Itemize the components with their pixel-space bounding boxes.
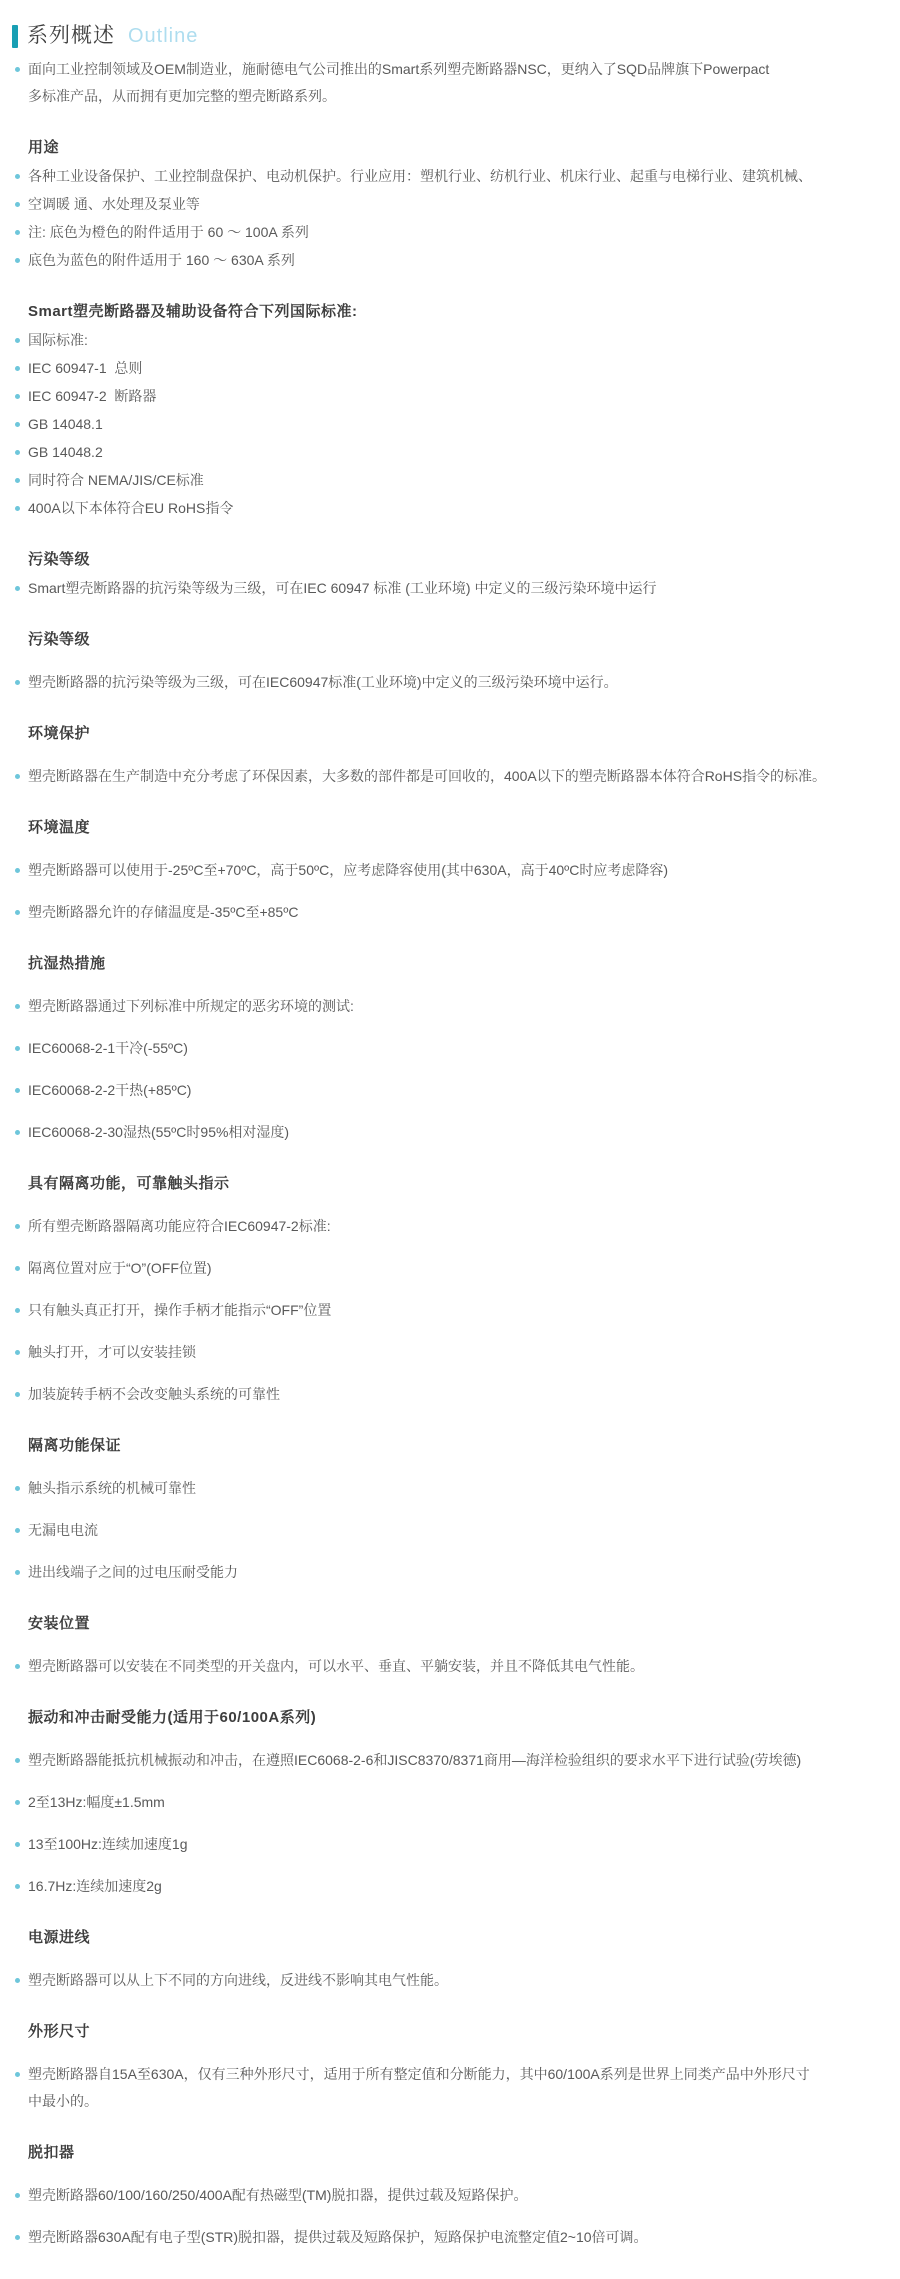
list-item: 塑壳断路器能抵抗机械振动和冲击，在遵照IEC6068-2-6和JISC8370/…	[12, 1750, 876, 1771]
list-item: 塑壳断路器允许的存储温度是-35ºC至+85ºC	[12, 902, 876, 923]
list-item: 注: 底色为橙色的附件适用于 60 ～ 100A 系列	[12, 222, 876, 243]
list-item: IEC 60947-1 总则	[12, 358, 876, 379]
outline-page: 系列概述 Outline 面向工业控制领域及OEM制造业，施耐德电气公司推出的S…	[0, 0, 900, 2248]
list-item: Smart塑壳断路器的抗污染等级为三级，可在IEC 60947 标准 (工业环境…	[12, 578, 876, 599]
list-item: 只有触头真正打开，操作手柄才能指示“OFF”位置	[12, 1300, 876, 1321]
section: 隔离功能保证触头指示系统的机械可靠性无漏电电流进出线端子之间的过电压耐受能力	[12, 1435, 876, 1583]
section: 污染等级塑壳断路器的抗污染等级为三级，可在IEC60947标准(工业环境)中定义…	[12, 629, 876, 693]
list-item: 触头打开，才可以安装挂锁	[12, 1342, 876, 1363]
bullet-icon	[15, 1350, 20, 1355]
list-item: GB 14048.1	[12, 414, 876, 435]
bullet-icon	[15, 258, 20, 263]
list-item-continuation: 中最小的。	[12, 2091, 876, 2112]
section-heading: 电源进线	[28, 1927, 876, 1949]
list-item-text: 塑壳断路器通过下列标准中所规定的恶劣环境的测试:	[28, 998, 354, 1014]
section: 面向工业控制领域及OEM制造业，施耐德电气公司推出的Smart系列塑壳断路器NS…	[12, 59, 876, 107]
list-item-text: 只有触头真正打开，操作手柄才能指示“OFF”位置	[28, 1302, 331, 1318]
list-item: 国际标准:	[12, 330, 876, 351]
list-item: 塑壳断路器在生产制造中充分考虑了环保因素，大多数的部件都是可回收的，400A以下…	[12, 766, 876, 787]
bullet-icon	[15, 1266, 20, 1271]
bullet-icon	[15, 910, 20, 915]
list-item-text: 16.7Hz:连续加速度2g	[28, 1878, 162, 1894]
list-item: 塑壳断路器60/100/160/250/400A配有热磁型(TM)脱扣器，提供过…	[12, 2185, 876, 2206]
bullet-icon	[15, 338, 20, 343]
list-item-text: IEC 60947-1 总则	[28, 360, 142, 376]
list-item-text: 塑壳断路器可以使用于-25ºC至+70ºC，高于50ºC，应考虑降容使用(其中6…	[28, 862, 668, 878]
section: 抗湿热措施塑壳断路器通过下列标准中所规定的恶劣环境的测试:IEC60068-2-…	[12, 953, 876, 1143]
bullet-icon	[15, 1088, 20, 1093]
list-item: 加装旋转手柄不会改变触头系统的可靠性	[12, 1384, 876, 1405]
list-item-text: 无漏电电流	[28, 1522, 98, 1538]
section: 污染等级Smart塑壳断路器的抗污染等级为三级，可在IEC 60947 标准 (…	[12, 549, 876, 599]
list-item: 隔离位置对应于“O”(OFF位置)	[12, 1258, 876, 1279]
list-item: IEC60068-2-30湿热(55ºC时95%相对湿度)	[12, 1122, 876, 1143]
bullet-icon	[15, 2072, 20, 2077]
section-heading: 环境温度	[28, 817, 876, 839]
section-heading: 污染等级	[28, 629, 876, 651]
bullet-icon	[15, 1758, 20, 1763]
list-item: 各种工业设备保护、工业控制盘保护、电动机保护。行业应用：塑机行业、纺机行业、机床…	[12, 166, 876, 187]
list-item: IEC60068-2-2干热(+85ºC)	[12, 1080, 876, 1101]
list-item-text: 隔离位置对应于“O”(OFF位置)	[28, 1260, 212, 1276]
list-item-text: 400A以下本体符合EU RoHS指令	[28, 500, 233, 516]
bullet-icon	[15, 450, 20, 455]
bullet-icon	[15, 1392, 20, 1397]
list-item-text: IEC60068-2-2干热(+85ºC)	[28, 1082, 191, 1098]
list-item-text: 塑壳断路器可以从上下不同的方向进线，反进线不影响其电气性能。	[28, 1972, 448, 1988]
list-item: 塑壳断路器通过下列标准中所规定的恶劣环境的测试:	[12, 996, 876, 1017]
bullet-icon	[15, 1224, 20, 1229]
list-item-text: 塑壳断路器允许的存储温度是-35ºC至+85ºC	[28, 904, 298, 920]
bullet-icon	[15, 366, 20, 371]
list-item-text: 国际标准:	[28, 332, 88, 348]
section-heading: 脱扣器	[28, 2142, 876, 2164]
bullet-icon	[15, 1800, 20, 1805]
sections-container: 面向工业控制领域及OEM制造业，施耐德电气公司推出的Smart系列塑壳断路器NS…	[12, 59, 876, 2248]
list-item-text: IEC60068-2-30湿热(55ºC时95%相对湿度)	[28, 1124, 289, 1140]
list-item-text: 加装旋转手柄不会改变触头系统的可靠性	[28, 1386, 280, 1402]
bullet-icon	[15, 202, 20, 207]
section-heading: 抗湿热措施	[28, 953, 876, 975]
bullet-icon	[15, 1978, 20, 1983]
list-item-text: 塑壳断路器60/100/160/250/400A配有热磁型(TM)脱扣器，提供过…	[28, 2187, 527, 2203]
list-item-text: 进出线端子之间的过电压耐受能力	[28, 1564, 238, 1580]
list-item-text: 塑壳断路器630A配有电子型(STR)脱扣器，提供过载及短路保护，短路保护电流整…	[28, 2229, 648, 2245]
section-heading: Smart塑壳断路器及辅助设备符合下列国际标准:	[28, 301, 876, 323]
bullet-icon	[15, 774, 20, 779]
list-item-text: 13至100Hz:连续加速度1g	[28, 1836, 188, 1852]
page-title: 系列概述	[27, 22, 115, 50]
list-item-text: 所有塑壳断路器隔离功能应符合IEC60947-2标准:	[28, 1218, 331, 1234]
section-heading: 污染等级	[28, 549, 876, 571]
list-item-text: 塑壳断路器能抵抗机械振动和冲击，在遵照IEC6068-2-6和JISC8370/…	[28, 1752, 801, 1768]
list-item: 进出线端子之间的过电压耐受能力	[12, 1562, 876, 1583]
bullet-icon	[15, 230, 20, 235]
bullet-icon	[15, 174, 20, 179]
section: 电源进线塑壳断路器可以从上下不同的方向进线，反进线不影响其电气性能。	[12, 1927, 876, 1991]
section-heading: 安装位置	[28, 1613, 876, 1635]
bullet-icon	[15, 1884, 20, 1889]
list-item: 面向工业控制领域及OEM制造业，施耐德电气公司推出的Smart系列塑壳断路器NS…	[12, 59, 876, 80]
bullet-icon	[15, 2235, 20, 2240]
list-item: 13至100Hz:连续加速度1g	[12, 1834, 876, 1855]
bullet-icon	[15, 1528, 20, 1533]
list-item: 塑壳断路器自15A至630A，仅有三种外形尺寸，适用于所有整定值和分断能力，其中…	[12, 2064, 876, 2085]
section: 振动和冲击耐受能力(适用于60/100A系列)塑壳断路器能抵抗机械振动和冲击，在…	[12, 1707, 876, 1897]
list-item: 400A以下本体符合EU RoHS指令	[12, 498, 876, 519]
list-item: 塑壳断路器630A配有电子型(STR)脱扣器，提供过载及短路保护，短路保护电流整…	[12, 2227, 876, 2248]
list-item-text: Smart塑壳断路器的抗污染等级为三级，可在IEC 60947 标准 (工业环境…	[28, 580, 657, 596]
bullet-icon	[15, 1004, 20, 1009]
list-item: 塑壳断路器可以安装在不同类型的开关盘内，可以水平、垂直、平躺安装，并且不降低其电…	[12, 1656, 876, 1677]
list-item: 塑壳断路器的抗污染等级为三级，可在IEC60947标准(工业环境)中定义的三级污…	[12, 672, 876, 693]
section-header: 系列概述 Outline	[12, 22, 876, 50]
list-item-text: 触头指示系统的机械可靠性	[28, 1480, 196, 1496]
list-item-text: IEC 60947-2 断路器	[28, 388, 156, 404]
list-item: 空调暖 通、水处理及泵业等	[12, 194, 876, 215]
bullet-icon	[15, 1486, 20, 1491]
list-item-text: 触头打开，才可以安装挂锁	[28, 1344, 196, 1360]
list-item-text: 塑壳断路器的抗污染等级为三级，可在IEC60947标准(工业环境)中定义的三级污…	[28, 674, 618, 690]
section: 安装位置塑壳断路器可以安装在不同类型的开关盘内，可以水平、垂直、平躺安装，并且不…	[12, 1613, 876, 1677]
bullet-icon	[15, 1842, 20, 1847]
section-heading: 环境保护	[28, 723, 876, 745]
list-item-text: 2至13Hz:幅度±1.5mm	[28, 1794, 165, 1810]
bullet-icon	[15, 1130, 20, 1135]
list-item-text: 注: 底色为橙色的附件适用于 60 ～ 100A 系列	[28, 224, 309, 240]
section-heading: 隔离功能保证	[28, 1435, 876, 1457]
section: 环境保护塑壳断路器在生产制造中充分考虑了环保因素，大多数的部件都是可回收的，40…	[12, 723, 876, 787]
list-item-text: 同时符合 NEMA/JIS/CE标准	[28, 472, 204, 488]
bullet-icon	[15, 680, 20, 685]
bullet-icon	[15, 1046, 20, 1051]
list-item-text: IEC60068-2-1干冷(-55ºC)	[28, 1040, 188, 1056]
list-item: 无漏电电流	[12, 1520, 876, 1541]
list-item: IEC 60947-2 断路器	[12, 386, 876, 407]
section-heading: 具有隔离功能，可靠触头指示	[28, 1173, 876, 1195]
section-heading: 用途	[28, 137, 876, 159]
section: 脱扣器塑壳断路器60/100/160/250/400A配有热磁型(TM)脱扣器，…	[12, 2142, 876, 2248]
list-item: 2至13Hz:幅度±1.5mm	[12, 1792, 876, 1813]
section-heading: 振动和冲击耐受能力(适用于60/100A系列)	[28, 1707, 876, 1729]
list-item: 同时符合 NEMA/JIS/CE标准	[12, 470, 876, 491]
list-item-text: 塑壳断路器可以安装在不同类型的开关盘内，可以水平、垂直、平躺安装，并且不降低其电…	[28, 1658, 644, 1674]
list-item-text: GB 14048.1	[28, 416, 103, 432]
section: 具有隔离功能，可靠触头指示所有塑壳断路器隔离功能应符合IEC60947-2标准:…	[12, 1173, 876, 1405]
list-item: 塑壳断路器可以从上下不同的方向进线，反进线不影响其电气性能。	[12, 1970, 876, 1991]
list-item: 触头指示系统的机械可靠性	[12, 1478, 876, 1499]
bullet-icon	[15, 868, 20, 873]
list-item: 底色为蓝色的附件适用于 160 ～ 630A 系列	[12, 250, 876, 271]
list-item: 塑壳断路器可以使用于-25ºC至+70ºC，高于50ºC，应考虑降容使用(其中6…	[12, 860, 876, 881]
list-item-text: 空调暖 通、水处理及泵业等	[28, 196, 200, 212]
section: 环境温度塑壳断路器可以使用于-25ºC至+70ºC，高于50ºC，应考虑降容使用…	[12, 817, 876, 923]
list-item-text: 面向工业控制领域及OEM制造业，施耐德电气公司推出的Smart系列塑壳断路器NS…	[28, 61, 769, 77]
bullet-icon	[15, 586, 20, 591]
bullet-icon	[15, 422, 20, 427]
bullet-icon	[15, 2193, 20, 2198]
list-item: GB 14048.2	[12, 442, 876, 463]
list-item-continuation: 多标准产品，从而拥有更加完整的塑壳断路系列。	[12, 86, 876, 107]
page-subtitle: Outline	[128, 22, 198, 50]
bullet-icon	[15, 1308, 20, 1313]
bullet-icon	[15, 1570, 20, 1575]
list-item: IEC60068-2-1干冷(-55ºC)	[12, 1038, 876, 1059]
section-heading: 外形尺寸	[28, 2021, 876, 2043]
section: Smart塑壳断路器及辅助设备符合下列国际标准:国际标准:IEC 60947-1…	[12, 301, 876, 519]
bullet-icon	[15, 394, 20, 399]
list-item-text: 底色为蓝色的附件适用于 160 ～ 630A 系列	[28, 252, 295, 268]
list-item-text: 塑壳断路器在生产制造中充分考虑了环保因素，大多数的部件都是可回收的，400A以下…	[28, 768, 826, 784]
section: 外形尺寸塑壳断路器自15A至630A，仅有三种外形尺寸，适用于所有整定值和分断能…	[12, 2021, 876, 2112]
list-item: 16.7Hz:连续加速度2g	[12, 1876, 876, 1897]
bullet-icon	[15, 1664, 20, 1669]
list-item-text: GB 14048.2	[28, 444, 103, 460]
bullet-icon	[15, 478, 20, 483]
list-item-text: 各种工业设备保护、工业控制盘保护、电动机保护。行业应用：塑机行业、纺机行业、机床…	[28, 168, 812, 184]
bullet-icon	[15, 67, 20, 72]
section: 用途各种工业设备保护、工业控制盘保护、电动机保护。行业应用：塑机行业、纺机行业、…	[12, 137, 876, 271]
accent-bar-icon	[12, 25, 18, 48]
bullet-icon	[15, 506, 20, 511]
list-item: 所有塑壳断路器隔离功能应符合IEC60947-2标准:	[12, 1216, 876, 1237]
list-item-text: 塑壳断路器自15A至630A，仅有三种外形尺寸，适用于所有整定值和分断能力，其中…	[28, 2066, 810, 2082]
